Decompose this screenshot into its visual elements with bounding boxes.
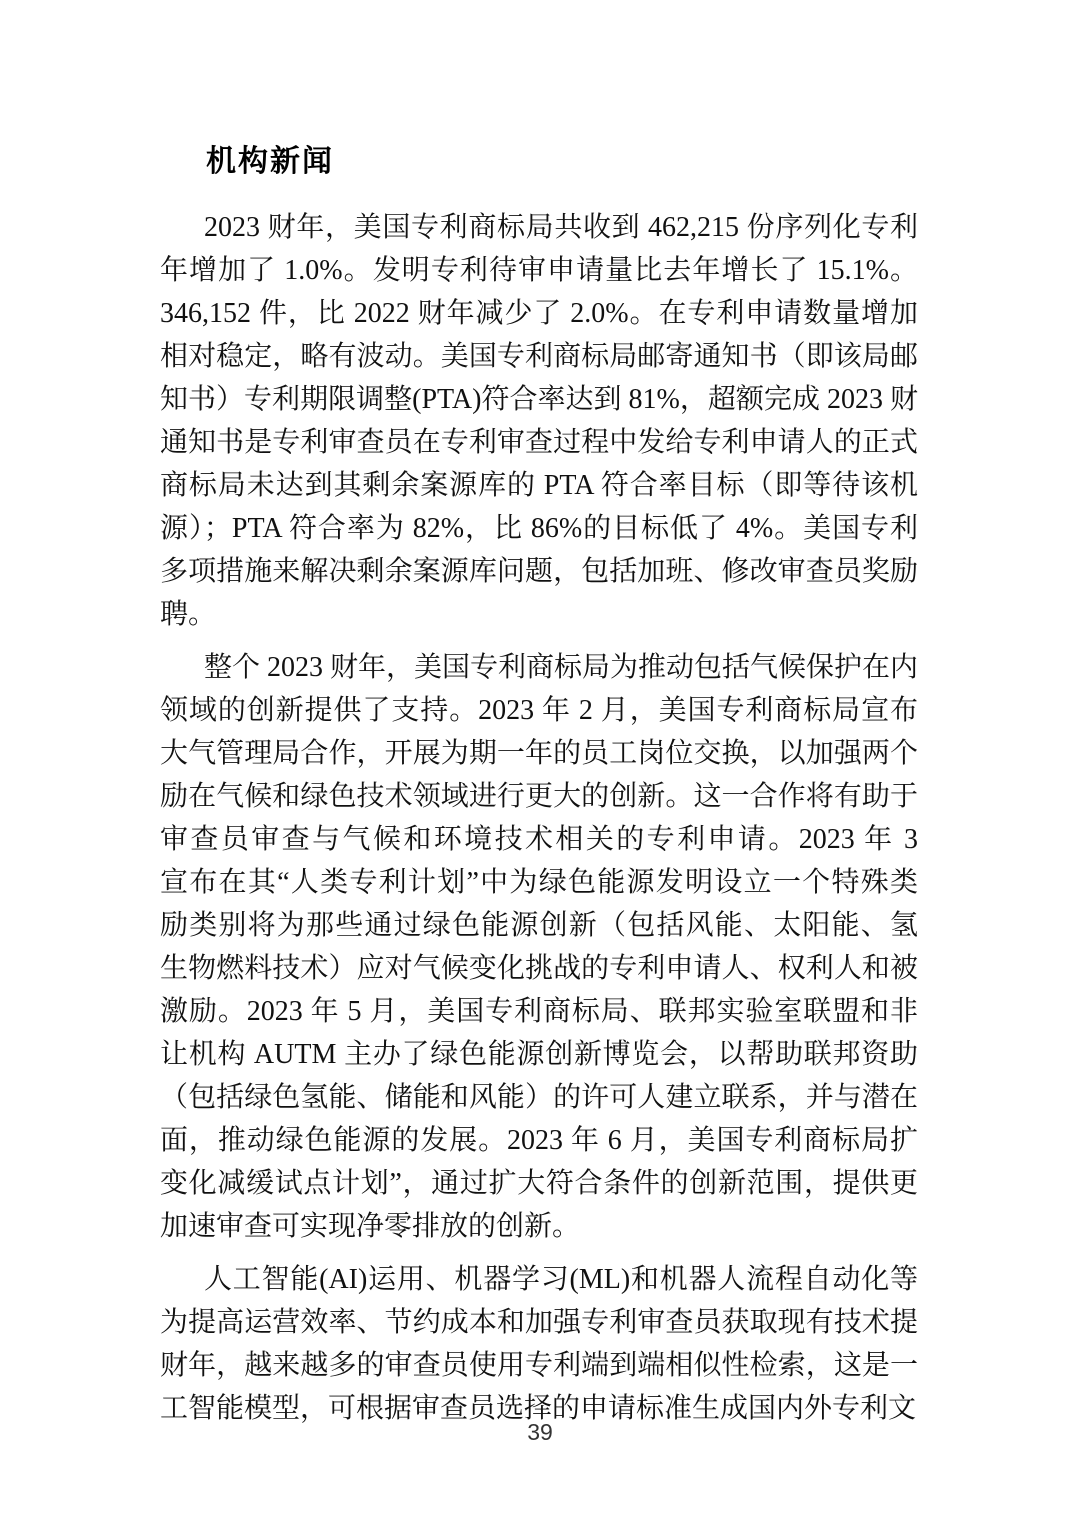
text-line: 相对稳定，略有波动。美国专利商标局邮寄通知书（即该局邮寄给申请人的通 xyxy=(160,335,918,378)
text-line: 聘。 xyxy=(160,593,918,636)
text-line: 为提高运营效率、节约成本和加强专利审查员获取现有技术提供了机遇。2023 xyxy=(160,1301,918,1344)
text-line: 财年，越来越多的审查员使用专利端到端相似性检索，这是一种经过训练的人 xyxy=(160,1344,918,1387)
text-line: 人工智能(AI)运用、机器学习(ML)和机器人流程自动化等新兴技术工具， xyxy=(160,1258,918,1301)
text-line: （包括绿色氢能、储能和风能）的许可人建立联系，并与潜在的被许可人会 xyxy=(160,1076,918,1119)
text-line: 励在气候和绿色技术领域进行更大的创新。这一合作将有助于美国专利商标局 xyxy=(160,775,918,818)
document-body: 2023 财年，美国专利商标局共收到 462,215 份序列化专利申请，比 20… xyxy=(160,206,918,1430)
text-line: 面，推动绿色能源的发展。2023 年 6 月，美国专利商标局扩大并延长了“气候 xyxy=(160,1119,918,1162)
document-page: 机构新闻 2023 财年，美国专利商标局共收到 462,215 份序列化专利申请… xyxy=(0,0,1080,1528)
document-content: 机构新闻 2023 财年，美国专利商标局共收到 462,215 份序列化专利申请… xyxy=(160,136,918,1440)
text-line: 多项措施来解决剩余案源库问题，包括加班、修改审查员奖励计划以及增加招 xyxy=(160,550,918,593)
text-line: 整个 2023 财年，美国专利商标局为推动包括气候保护在内的若干关键技术 xyxy=(160,646,918,689)
text-line: 通知书是专利审查员在专利审查过程中发给专利申请人的正式信函。美国专利 xyxy=(160,421,918,464)
text-line: 商标局未达到其剩余案源库的 PTA 符合率目标（即等待该机构通知书的案 xyxy=(160,464,918,507)
text-line: 宣布在其“人类专利计划”中为绿色能源发明设立一个特殊类别。这一新的奖 xyxy=(160,861,918,904)
text-line: 大气管理局合作，开展为期一年的员工岗位交换，以加强两个机构的工作，激 xyxy=(160,732,918,775)
text-line: 源）；PTA 符合率为 82%，比 86%的目标低了 4%。美国专利商标局已经采… xyxy=(160,507,918,550)
text-line: 变化减缓试点计划”，通过扩大符合条件的创新范围，提供更多机会，鼓励和 xyxy=(160,1162,918,1205)
paragraph: 人工智能(AI)运用、机器学习(ML)和机器人流程自动化等新兴技术工具，为提高运… xyxy=(160,1258,918,1430)
paragraph: 2023 财年，美国专利商标局共收到 462,215 份序列化专利申请，比 20… xyxy=(160,206,918,636)
text-line: 知书）专利期限调整(PTA)符合率达到 81%，超额完成 2023 财年 80%… xyxy=(160,378,918,421)
text-line: 生物燃料技术）应对气候变化挑战的专利申请人、权利人和被许可人提供商业 xyxy=(160,947,918,990)
text-line: 领域的创新提供了支持。2023 年 2 月，美国专利商标局宣布与美国国家海洋和 xyxy=(160,689,918,732)
text-line: 励类别将为那些通过绿色能源创新（包括风能、太阳能、氢能、水电、地热和 xyxy=(160,904,918,947)
text-line: 2023 财年，美国专利商标局共收到 462,215 份序列化专利申请，比 20… xyxy=(160,206,918,249)
text-line: 激励。2023 年 5 月，美国专利商标局、联邦实验室联盟和非营利性学术技术转 xyxy=(160,990,918,1033)
section-heading: 机构新闻 xyxy=(206,136,918,180)
text-line: 让机构 AUTM 主办了绿色能源创新博览会，以帮助联邦资助的绿色能源技术 xyxy=(160,1033,918,1076)
text-line: 加速审查可实现净零排放的创新。 xyxy=(160,1205,918,1248)
text-line: 346,152 件，比 2022 财年减少了 2.0%。在专利申请数量增加的同时… xyxy=(160,292,918,335)
text-line: 审查员审查与气候和环境技术相关的专利申请。2023 年 3 月，美国专利商标局 xyxy=(160,818,918,861)
page-number: 39 xyxy=(0,1419,1080,1446)
paragraph: 整个 2023 财年，美国专利商标局为推动包括气候保护在内的若干关键技术领域的创… xyxy=(160,646,918,1248)
text-line: 年增加了 1.0%。发明专利待审申请量比去年增长了 15.1%。授权量共计 xyxy=(160,249,918,292)
